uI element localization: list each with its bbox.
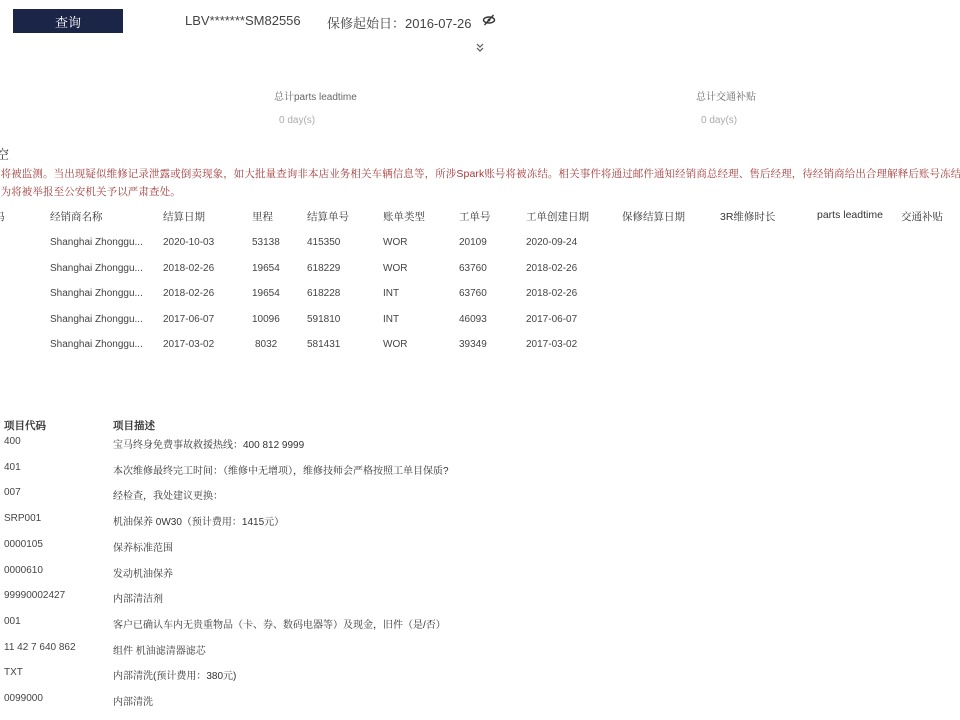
item-description: 经检查，我处建议更换： xyxy=(113,487,223,502)
table-cell-order-date: 2018-02-26 xyxy=(526,288,577,299)
table-cell-order-date: 2017-06-07 xyxy=(526,314,577,325)
item-description: 内部清洗(预计费用：380元) xyxy=(113,667,236,682)
summary-label: 总计parts leadtime xyxy=(274,88,357,103)
table-cell-bill-type: WOR xyxy=(383,237,407,248)
summary-traffic-subsidy: 总计交通补贴 0 day(s) xyxy=(696,88,756,126)
item-code: 0099000 xyxy=(4,693,43,704)
section-title: 空 xyxy=(0,144,9,163)
table-cell-bill-type: INT xyxy=(383,314,399,325)
item-code: 11 42 7 640 862 xyxy=(4,642,76,653)
table-cell-settle-no: 581431 xyxy=(307,339,340,350)
item-description: 发动机油保养 xyxy=(113,565,173,580)
table-cell-bill-type: WOR xyxy=(383,339,407,350)
table-cell-mileage: 19654 xyxy=(252,263,280,274)
item-code: TXT xyxy=(4,667,23,678)
item-description: 内部清洗 xyxy=(113,693,153,708)
table-cell-settle-date: 2018-02-26 xyxy=(163,263,214,274)
table-cell-order-no: 20109 xyxy=(459,237,487,248)
table-cell-bill-type: INT xyxy=(383,288,399,299)
table-cell-order-no: 63760 xyxy=(459,263,487,274)
table-cell-settle-no: 618228 xyxy=(307,288,340,299)
item-code: 0000105 xyxy=(4,539,43,550)
vin-number: LBV*******SM82556 xyxy=(185,13,301,28)
column-header: 交通补贴 xyxy=(901,209,943,224)
table-cell-settle-no: 591810 xyxy=(307,314,340,325)
column-header: 账单类型 xyxy=(383,209,425,224)
table-cell-settle-date: 2018-02-26 xyxy=(163,288,214,299)
warning-line-1: 非将被监测。当出现疑似维修记录泄露或倒卖现象，如大批量查询非本店业务相关车辆信息… xyxy=(0,166,960,181)
warranty-start-date: 2016-07-26 xyxy=(405,16,472,31)
item-description: 内部清洁剂 xyxy=(113,590,163,605)
table-cell-settle-no: 618229 xyxy=(307,263,340,274)
table-cell-settle-date: 2017-03-02 xyxy=(163,339,214,350)
item-code: 0000610 xyxy=(4,565,43,576)
table-cell-order-no: 39349 xyxy=(459,339,487,350)
table-cell-bill-type: WOR xyxy=(383,263,407,274)
table-cell-mileage: 19654 xyxy=(252,288,280,299)
item-description: 本次维修最终完工时间：（维修中无增项），维修技师会严格按照工单目保质? xyxy=(113,462,449,477)
table-cell-order-date: 2018-02-26 xyxy=(526,263,577,274)
item-description: 宝马终身免费事故救援热线：400 812 9999 xyxy=(113,436,304,451)
warranty-start: 保修起始日：2016-07-26 xyxy=(327,13,472,32)
table-cell-mileage: 10096 xyxy=(252,314,280,325)
summary-value: 0 day(s) xyxy=(701,115,756,126)
item-code: 99990002427 xyxy=(4,590,65,601)
column-header: 结算单号 xyxy=(307,209,349,224)
item-code: 401 xyxy=(4,462,21,473)
column-header: 3R维修时长 xyxy=(720,209,775,224)
item-code: 007 xyxy=(4,487,21,498)
column-header: 保修结算日期 xyxy=(622,209,685,224)
column-header: 工单号 xyxy=(459,209,491,224)
item-code: 001 xyxy=(4,616,21,627)
item-description: 保养标准范围 xyxy=(113,539,173,554)
column-header: 结算日期 xyxy=(163,209,205,224)
item-code: 400 xyxy=(4,436,21,447)
query-button[interactable]: 查询 xyxy=(13,9,123,33)
warranty-start-label: 保修起始日： xyxy=(327,16,405,31)
item-description: 机油保养 0W30（预计费用：1415元） xyxy=(113,513,284,528)
column-header: parts leadtime xyxy=(817,209,883,221)
column-header: 工单创建日期 xyxy=(526,209,589,224)
table-cell-dealer: Shanghai Zhonggu... xyxy=(50,237,143,248)
column-header: 项目代码 xyxy=(4,418,46,433)
column-header: 经销商名称 xyxy=(50,209,103,224)
summary-parts-leadtime: 总计parts leadtime 0 day(s) xyxy=(274,88,357,126)
table-cell-mileage: 53138 xyxy=(252,237,280,248)
item-description: 组件 机油滤清器滤芯 xyxy=(113,642,206,657)
table-cell-settle-date: 2020-10-03 xyxy=(163,237,214,248)
chevrons-down-icon[interactable] xyxy=(475,41,485,53)
column-header: 里程 xyxy=(252,209,273,224)
item-description: 客户已确认车内无贵重物品（卡、券、数码电器等）及现金，旧件（是/否） xyxy=(113,616,446,631)
table-cell-dealer: Shanghai Zhonggu... xyxy=(50,288,143,299)
item-code: SRP001 xyxy=(4,513,41,524)
table-cell-settle-no: 415350 xyxy=(307,237,340,248)
summary-value: 0 day(s) xyxy=(279,115,357,126)
eye-slash-icon[interactable] xyxy=(482,13,496,27)
summary-label: 总计交通补贴 xyxy=(696,88,756,103)
table-cell-mileage: 8032 xyxy=(255,339,277,350)
table-cell-order-date: 2017-03-02 xyxy=(526,339,577,350)
table-cell-order-date: 2020-09-24 xyxy=(526,237,577,248)
table-cell-dealer: Shanghai Zhonggu... xyxy=(50,263,143,274)
table-cell-dealer: Shanghai Zhonggu... xyxy=(50,339,143,350)
column-header: 项目描述 xyxy=(113,418,155,433)
table-cell-order-no: 46093 xyxy=(459,314,487,325)
table-cell-dealer: Shanghai Zhonggu... xyxy=(50,314,143,325)
column-header: 码 xyxy=(0,209,5,224)
table-cell-settle-date: 2017-06-07 xyxy=(163,314,214,325)
warning-line-2: 行为将被举报至公安机关予以严肃查处。 xyxy=(0,184,181,199)
table-cell-order-no: 63760 xyxy=(459,288,487,299)
